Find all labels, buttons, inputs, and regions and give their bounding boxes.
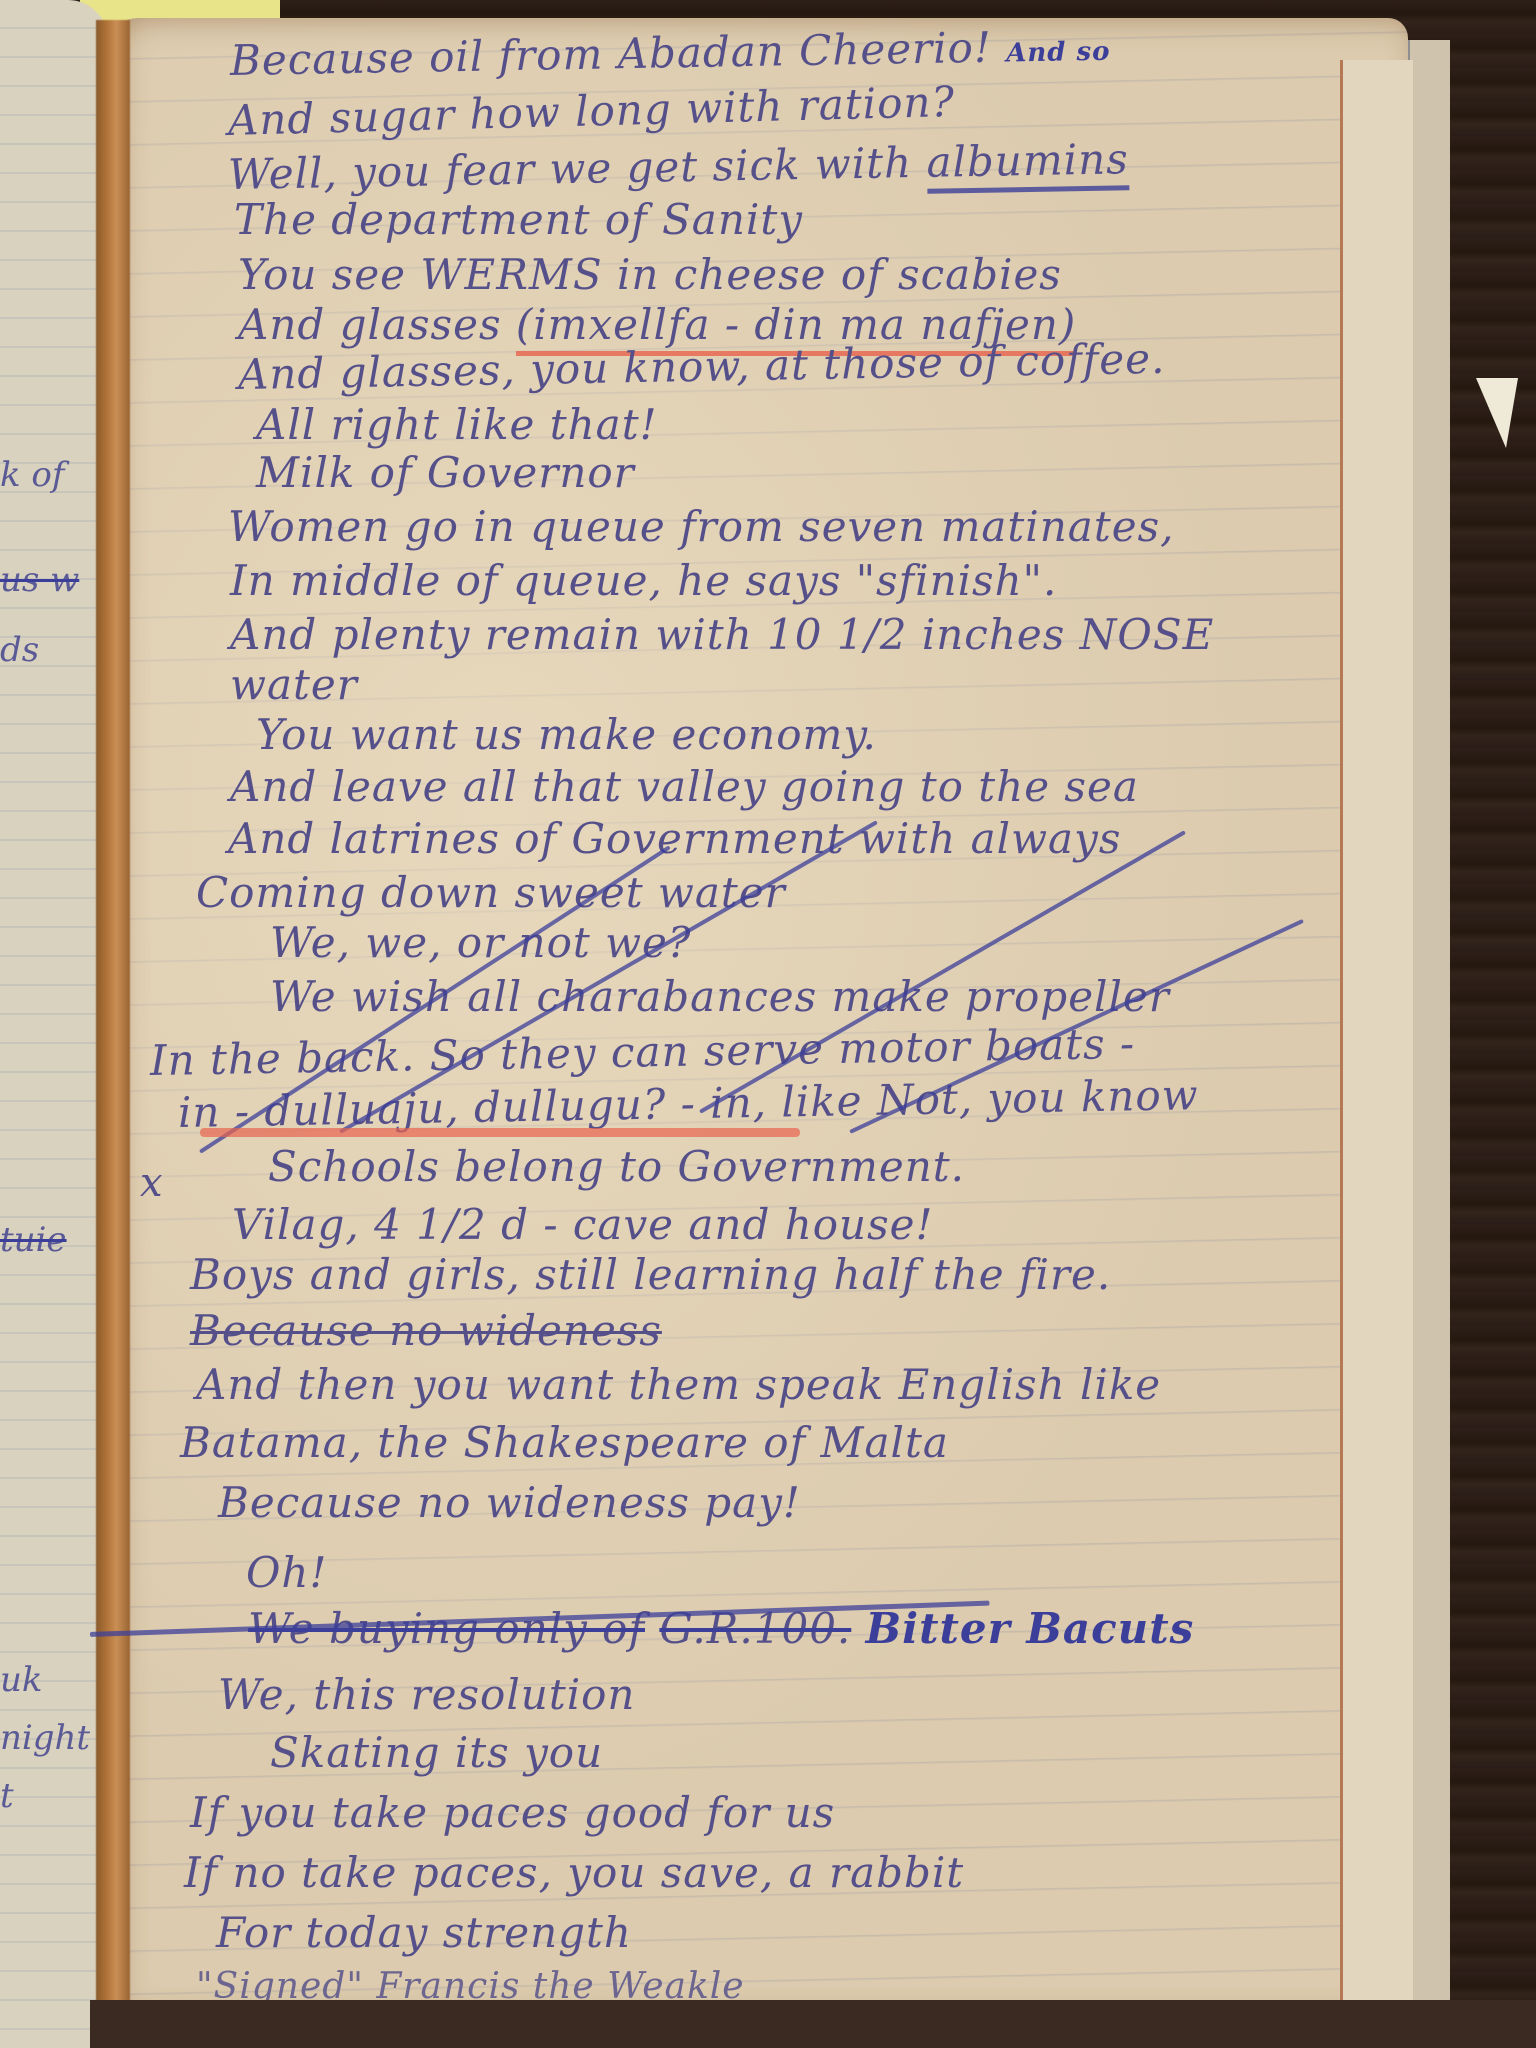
notebook-gutter xyxy=(96,20,130,2040)
paper-scrap xyxy=(1476,378,1518,448)
margin-mark: x xyxy=(140,1160,163,1206)
left-page-fragment: t xyxy=(0,1776,14,1816)
text-line: You see WERMS in cheese of scabies xyxy=(238,250,1062,299)
text-line: We, this resolution xyxy=(218,1670,635,1719)
blue-ink-text: Bitter Bacuts xyxy=(866,1604,1195,1653)
margin-annotation: And so xyxy=(1006,37,1111,69)
line-text: - in, like Not, you know xyxy=(666,1070,1199,1128)
left-page-fragment: us w xyxy=(0,560,79,600)
left-page-fragment: ds xyxy=(0,630,39,670)
text-line: Coming down sweet water xyxy=(196,868,786,917)
text-line: All right like that! xyxy=(256,400,657,449)
text-line: We wish all charabances make propeller xyxy=(270,972,1170,1021)
torn-page-edge xyxy=(1340,60,1413,2000)
text-line: For today strength xyxy=(216,1908,632,1957)
red-crayon-underline xyxy=(200,1128,800,1137)
left-facing-page: k of us w ds tuie uk night t xyxy=(0,0,108,2048)
text-line: water xyxy=(230,660,358,709)
text-line: Schools belong to Government. xyxy=(268,1142,965,1191)
text-line: In middle of queue, he says "sfinish". xyxy=(230,556,1057,605)
text-line: Batama, the Shakespeare of Malta xyxy=(180,1418,949,1467)
left-page-fragment: tuie xyxy=(0,1220,67,1260)
text-line: Milk of Governor xyxy=(256,448,635,497)
text-line: The department of Sanity xyxy=(234,195,803,244)
text-line: Boys and girls, still learning half the … xyxy=(190,1250,1111,1299)
text-line: And then you want them speak English lik… xyxy=(196,1360,1161,1409)
text-line: Skating its you xyxy=(270,1728,603,1777)
text-line: We, we, or not we? xyxy=(270,918,691,967)
left-page-fragment: night xyxy=(0,1718,90,1758)
text-line: Because no wideness pay! xyxy=(218,1478,801,1527)
text-line: Oh! xyxy=(246,1548,327,1597)
text-line: If you take paces good for us xyxy=(190,1788,835,1837)
text-line: You want us make economy. xyxy=(256,710,877,759)
page-stack-edge xyxy=(1408,40,1450,2000)
left-page-fragment: k of xyxy=(0,455,64,495)
text-line: And leave all that valley going to the s… xyxy=(230,762,1139,811)
text-line: And latrines of Government with always xyxy=(228,814,1121,863)
struck-text-line: Because no wideness xyxy=(190,1306,662,1355)
line-text: And glasses xyxy=(238,300,516,349)
book-cover-bottom xyxy=(90,2000,1536,2048)
underlined-word: albumins xyxy=(926,134,1129,194)
left-page-fragment: uk xyxy=(0,1660,43,1700)
text-line: Women go in queue from seven matinates, xyxy=(228,502,1174,551)
text-line: And plenty remain with 10 1/2 inches NOS… xyxy=(230,610,1214,659)
text-line: Vilag, 4 1/2 d - cave and house! xyxy=(232,1200,933,1249)
text-line: If no take paces, you save, a rabbit xyxy=(184,1848,964,1897)
